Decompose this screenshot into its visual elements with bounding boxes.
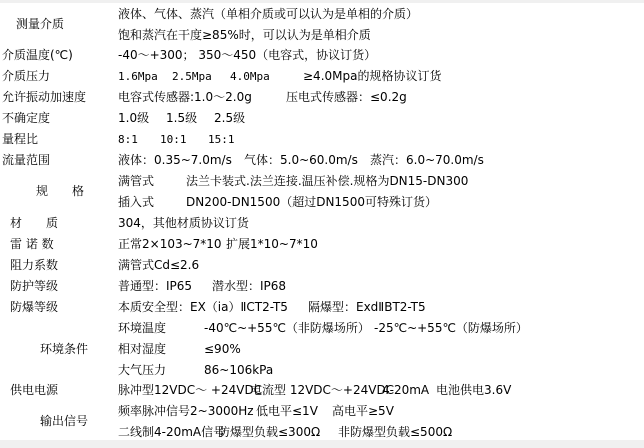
env-temp-nonex: -40℃~+55℃（非防爆场所） <box>204 318 370 339</box>
explosion-flameproof: 隔爆型：ExdⅡBT2-T5 <box>308 297 426 318</box>
env-pressure-name: 大气压力 <box>118 360 166 381</box>
top-border <box>0 0 644 3</box>
range-ratio-1: 8:1 <box>118 129 138 150</box>
flow-gas: 气体：5.0~60.0m/s <box>244 150 358 171</box>
output-low-level: 低电平≤1V <box>256 401 318 422</box>
flow-liquid: 液体：0.35~7.0m/s <box>118 150 232 171</box>
row-explosion: 防爆等级 本质安全型：EX（ia）ⅡCT2-T5 隔爆型：ExdⅡBT2-T5 <box>0 297 644 318</box>
label-range-ratio: 量程比 <box>2 129 38 150</box>
temp-value: -40～+300； 350～450（电容式，协议订货） <box>118 45 376 66</box>
row-uncertainty: 不确定度 1.0级 1.5级 2.5级 <box>0 108 644 129</box>
vibration-1: 电容式传感器:1.0～2.0g <box>118 87 252 108</box>
env-temp-ex: -25℃~+55℃（防爆场所） <box>374 318 528 339</box>
medium-line1: 液体、气体、蒸汽（单相介质或可以认为是单相的介质） <box>118 4 418 25</box>
row-material: 材 质 304，其他材质协议订货 <box>0 213 644 234</box>
env-pressure-value: 86~106kPa <box>204 360 273 381</box>
row-reynolds: 雷 诺 数 正常2×103~7*10 扩展1*10~7*10 <box>0 234 644 255</box>
label-material: 材 质 <box>10 213 58 234</box>
row-resistance: 阻力系数 满管式Cd≤2.6 <box>0 255 644 276</box>
pressure-2: 2.5Mpa <box>172 66 212 87</box>
label-resistance: 阻力系数 <box>10 255 58 276</box>
label-uncertainty: 不确定度 <box>2 108 50 129</box>
row-pressure: 介质压力 1.6Mpa 2.5Mpa 4.0Mpa ≥4.0Mpa的规格协议订货 <box>0 66 644 87</box>
row-protection: 防护等级 普通型：IP65 潜水型：IP68 <box>0 276 644 297</box>
label-medium: 测量介质 <box>16 14 64 35</box>
power-4-20ma: 4-20mA <box>382 380 429 401</box>
spec-full-pipe-desc: 法兰卡装式.法兰连接.温压补偿.规格为DN15-DN300 <box>186 171 468 192</box>
explosion-intrinsic: 本质安全型：EX（ia）ⅡCT2-T5 <box>118 297 288 318</box>
flow-steam: 蒸汽：6.0~70.0m/s <box>370 150 484 171</box>
row-medium: 测量介质 液体、气体、蒸汽（单相介质或可以认为是单相的介质） 饱和蒸汽在干度≥8… <box>0 4 644 46</box>
label-protection: 防护等级 <box>10 276 58 297</box>
row-flow-range: 流量范围 液体：0.35~7.0m/s 气体：5.0~60.0m/s 蒸汽：6.… <box>0 150 644 171</box>
pressure-4: ≥4.0Mpa的规格协议订货 <box>303 66 441 87</box>
medium-line2: 饱和蒸汽在干度≥85%时，可以认为是单相介质 <box>118 25 371 46</box>
protection-submersible: 潜水型：IP68 <box>212 276 286 297</box>
row-output: 输出信号 频率脉冲信号2~3000Hz 低电平≤1V 高电平≥5V 二线制4-2… <box>0 401 644 443</box>
range-ratio-2: 10:1 <box>160 129 187 150</box>
pressure-1: 1.6Mpa <box>118 66 158 87</box>
label-flow-range: 流量范围 <box>2 150 50 171</box>
row-vibration: 允许振动加速度 电容式传感器:1.0～2.0g 压电式传感器：≤0.2g <box>0 87 644 108</box>
power-battery: 电池供电3.6V <box>436 380 511 401</box>
label-temp: 介质温度(℃) <box>2 45 73 66</box>
label-reynolds: 雷 诺 数 <box>10 234 54 255</box>
label-explosion: 防爆等级 <box>10 297 58 318</box>
range-ratio-3: 15:1 <box>208 129 235 150</box>
resistance-value: 满管式Cd≤2.6 <box>118 255 199 276</box>
env-humidity-value: ≤90% <box>204 339 241 360</box>
row-range-ratio: 量程比 8:1 10:1 15:1 <box>0 129 644 150</box>
row-spec: 规 格 满管式 法兰卡装式.法兰连接.温压补偿.规格为DN15-DN300 插入… <box>0 171 644 213</box>
pressure-3: 4.0Mpa <box>230 66 270 87</box>
protection-normal: 普通型：IP65 <box>118 276 192 297</box>
bottom-border <box>0 440 644 448</box>
reynolds-normal: 正常2×103~7*10 <box>118 234 222 255</box>
row-power: 供电电源 脉冲型12VDC～ +24VDC 电流型 12VDC～+24VDC 4… <box>0 380 644 401</box>
label-power: 供电电源 <box>10 380 58 401</box>
env-temp-name: 环境温度 <box>118 318 166 339</box>
material-value: 304，其他材质协议订货 <box>118 213 249 234</box>
label-pressure: 介质压力 <box>2 66 50 87</box>
power-pulse: 脉冲型12VDC～ +24VDC <box>118 380 262 401</box>
spec-insertion-desc: DN200-DN1500（超过DN1500可特殊订货） <box>186 192 437 213</box>
label-output: 输出信号 <box>40 411 88 432</box>
label-environment: 环境条件 <box>40 339 88 360</box>
power-current: 电流型 12VDC～+24VDC <box>250 380 394 401</box>
reynolds-extended: 扩展1*10~7*10 <box>226 234 318 255</box>
uncertainty-2: 1.5级 <box>166 108 197 129</box>
uncertainty-3: 2.5级 <box>214 108 245 129</box>
vibration-2: 压电式传感器：≤0.2g <box>286 87 407 108</box>
output-high-level: 高电平≥5V <box>332 401 394 422</box>
label-spec: 规 格 <box>36 181 84 202</box>
uncertainty-1: 1.0级 <box>118 108 149 129</box>
label-vibration: 允许振动加速度 <box>2 87 86 108</box>
row-temp: 介质温度(℃) -40～+300； 350～450（电容式，协议订货） <box>0 45 644 66</box>
output-freq: 频率脉冲信号2~3000Hz <box>118 401 254 422</box>
env-humidity-name: 相对湿度 <box>118 339 166 360</box>
spec-insertion-type: 插入式 <box>118 192 154 213</box>
spec-full-pipe-type: 满管式 <box>118 171 154 192</box>
row-environment: 环境条件 环境温度 -40℃~+55℃（非防爆场所） -25℃~+55℃（防爆场… <box>0 318 644 381</box>
